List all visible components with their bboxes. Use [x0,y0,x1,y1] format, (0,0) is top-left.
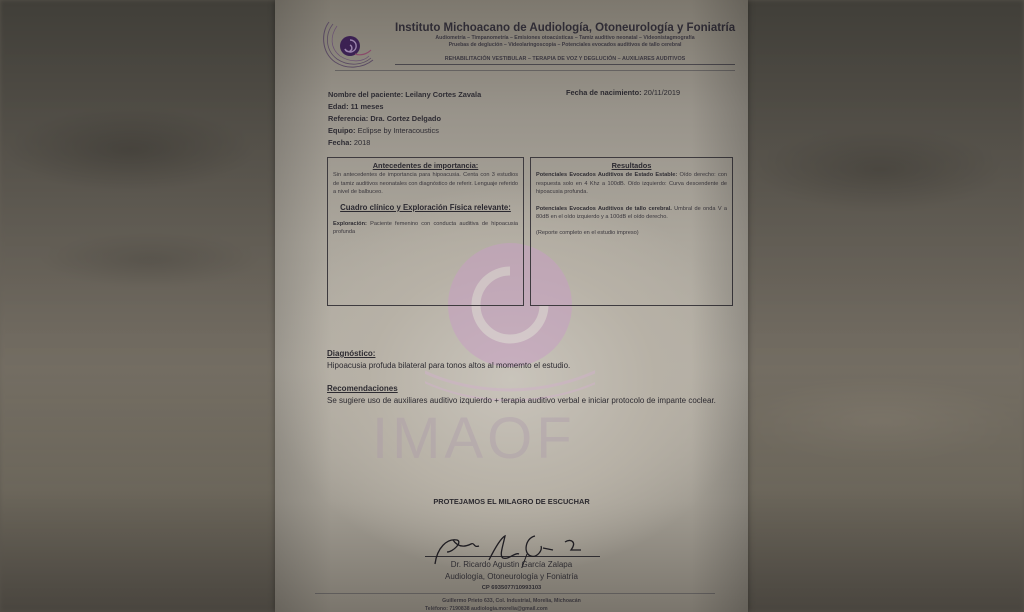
patient-age-label: Edad: [328,102,349,111]
footer-divider [315,593,715,594]
date-row: Fecha: 2018 [328,137,481,149]
background-left-panel [0,0,275,612]
referral-label: Referencia: [328,114,368,123]
birth-date-value: 20/11/2019 [644,88,680,97]
results-title: Resultados [536,162,727,170]
watermark-text: IMAOF [372,405,576,472]
abr-label: Potenciales Evocados Auditivos de tallo … [536,206,672,212]
doctor-license: CP 6935077/10993103 [275,585,748,591]
patient-name-row: Nombre del paciente: Leilany Cortes Zava… [328,89,481,101]
equipment-label: Equipo: [328,126,356,135]
header-divider-secondary [335,70,735,71]
referral-value: Dra. Cortez Delgado [370,114,441,123]
assr-paragraph: Potenciales Evocados Auditivos de Estado… [536,171,727,196]
exam-paragraph: Exploración: Paciente femenino con condu… [333,220,518,237]
medical-report-page: Instituto Michoacano de Audiología, Oton… [275,0,748,612]
diagnosis-title: Diagnóstico: [327,348,737,360]
exam-label: Exploración: [333,221,367,227]
history-box: Antecedentes de importancia: Sin anteced… [327,157,524,306]
institute-address: Guillermo Prieto 633, Col. Industrial, M… [275,598,748,604]
patient-name: Leilany Cortes Zavala [405,90,481,99]
results-box: Resultados Potenciales Evocados Auditivo… [530,157,733,306]
patient-name-label: Nombre del paciente: [328,90,403,99]
date-value: 2018 [354,138,370,147]
date-label: Fecha: [328,138,352,147]
history-title: Antecedentes de importancia: [333,162,518,170]
birth-date: Fecha de nacimiento: 20/11/2019 [566,88,680,97]
services-line-1: Audiometría – Timpanometría – Emisiones … [395,35,735,41]
diagnosis-text: Hipoacusia profuda bilateral para tonos … [327,360,737,372]
services-line-2: Pruebas de deglución – Videolaringoscopí… [395,42,735,48]
patient-info: Nombre del paciente: Leilany Cortes Zava… [328,89,481,149]
doctor-specialty: Audiología, Otoneurología y Foniatría [275,572,748,581]
institute-logo-icon [319,18,377,72]
header-divider [395,64,735,65]
referral-row: Referencia: Dra. Cortez Delgado [328,113,481,125]
patient-age: 11 meses [351,102,384,111]
signature-icon [423,526,613,568]
assr-label: Potenciales Evocados Auditivos de Estado… [536,172,677,178]
abr-paragraph: Potenciales Evocados Auditivos de tallo … [536,205,727,222]
equipment-row: Equipo: Eclipse by Interacoustics [328,125,481,137]
recommendations-section: Recomendaciones Se sugiere uso de auxili… [327,383,737,407]
institute-name: Instituto Michoacano de Audiología, Oton… [395,22,735,34]
results-note: (Reporte completo en el estudio impreso) [536,229,727,237]
recommendations-text: Se sugiere uso de auxiliares auditivo iz… [327,395,737,407]
diagnosis-section: Diagnóstico: Hipoacusia profuda bilatera… [327,348,737,372]
birth-date-label: Fecha de nacimiento: [566,88,642,97]
recommendations-title: Recomendaciones [327,383,737,395]
institute-contact: Teléfono: 7190838 audiologia.morelia@gma… [425,606,548,612]
patient-age-row: Edad: 11 meses [328,101,481,113]
services-line-3: REHABILITACIÓN VESTIBULAR – TERAPIA DE V… [395,56,735,62]
history-text: Sin antecedentes de importancia para hip… [333,171,518,196]
clinical-title: Cuadro clínico y Exploración Física rele… [333,204,518,212]
equipment-value: Eclipse by Interacoustics [358,126,439,135]
background-right-panel [748,0,1024,612]
motto: PROTEJAMOS EL MILAGRO DE ESCUCHAR [275,497,748,506]
